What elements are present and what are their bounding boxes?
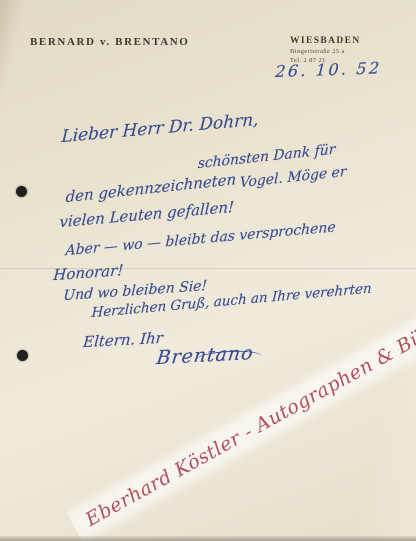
handwritten-date: 26. 10. 52 (275, 58, 383, 81)
letterhead-street: Bingertstraße 25 a (290, 48, 361, 55)
letterhead-sender-name: BERNARD v. BRENTANO (30, 36, 189, 48)
punch-hole-top (16, 186, 27, 197)
handwritten-salutation: Lieber Herr Dr. Dohrn, (61, 110, 259, 147)
punch-hole-bottom (17, 350, 28, 361)
scan-bottom-edge (0, 536, 416, 541)
handwritten-line: Eltern. Ihr (82, 329, 163, 351)
letterhead-city: WIESBADEN (290, 36, 361, 46)
scanned-letter-page: BERNARD v. BRENTANO WIESBADEN Bingertstr… (0, 0, 416, 541)
handwritten-line: Vogel. Möge er (239, 164, 346, 191)
handwritten-line: Honorar! (53, 261, 124, 284)
